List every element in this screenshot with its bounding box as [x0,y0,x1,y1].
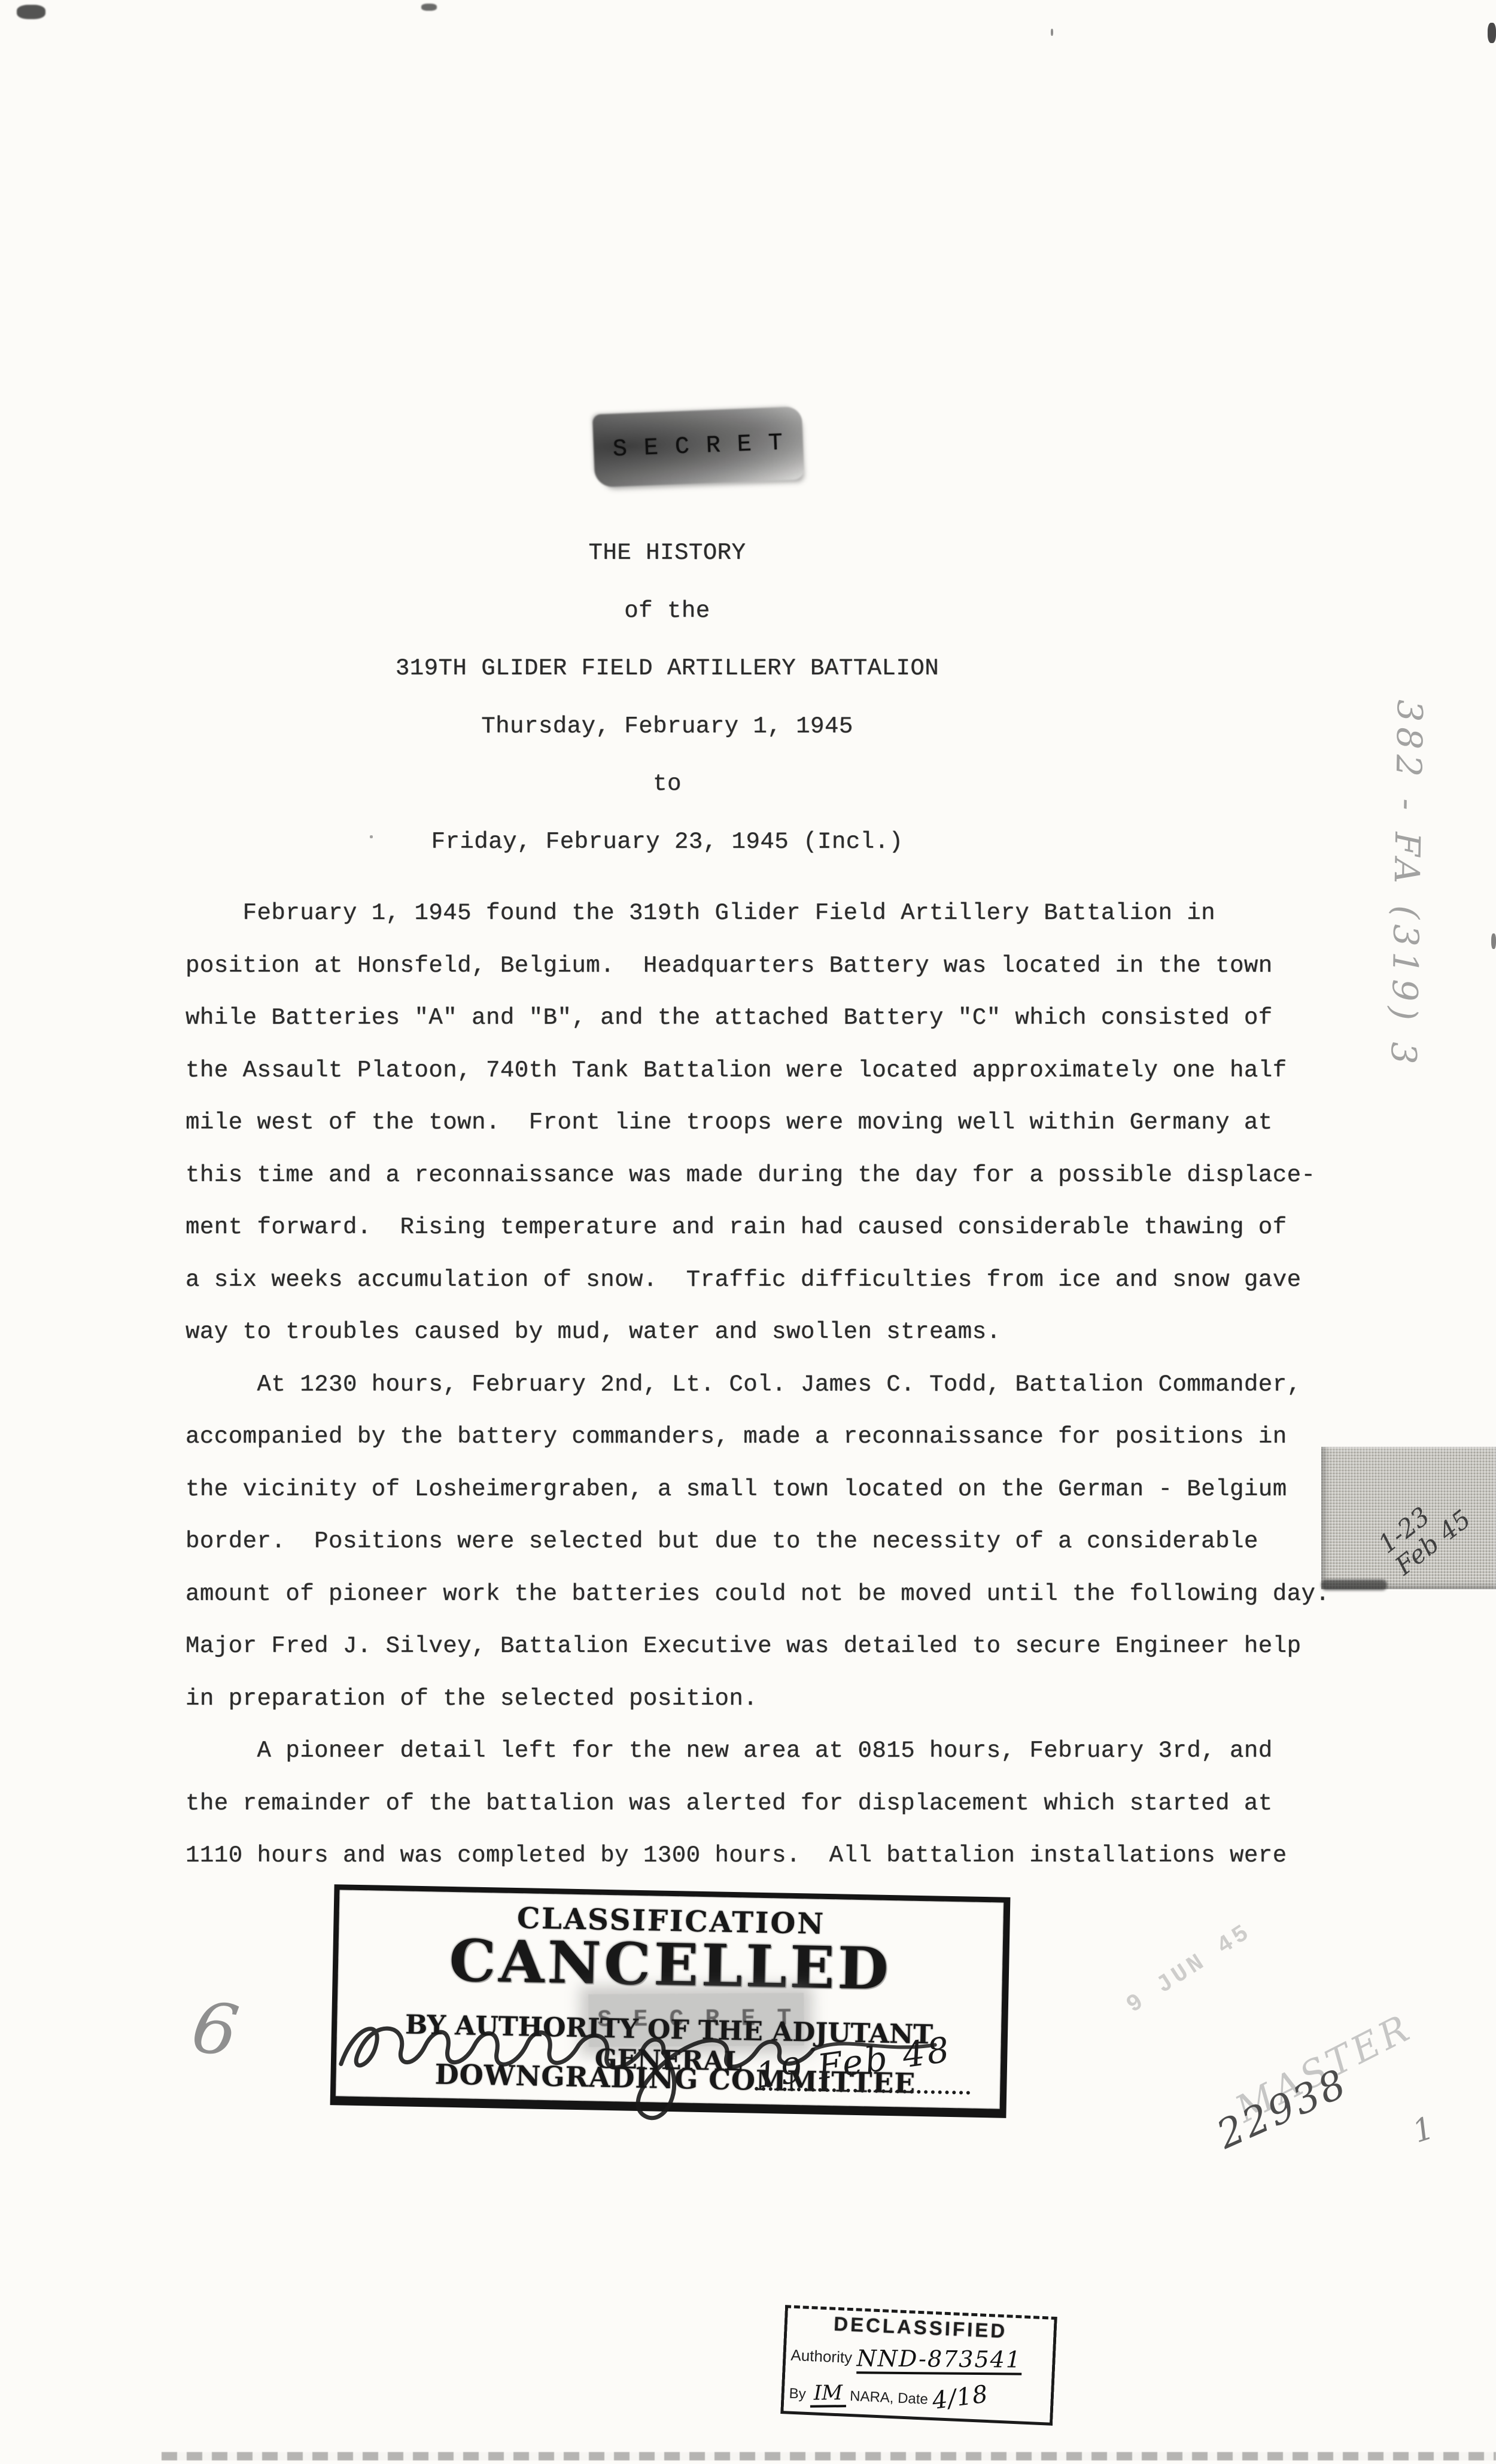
text-line: At 1230 hours, February 2nd, Lt. Col. Ja… [186,1359,1322,1412]
secret-stamp-text: S E C R E T [592,406,804,487]
tab-date-note: 1-23Feb 45 [1373,1483,1476,1580]
text-line: ment forward. Rising temperature and rai… [186,1201,1322,1254]
text-line: 1110 hours and was completed by 1300 hou… [186,1830,1322,1882]
text-line: way to troubles caused by mud, water and… [186,1306,1322,1359]
text-line: the remainder of the battalion was alert… [186,1778,1322,1830]
binding-tab: 1-23Feb 45 [1321,1447,1496,1589]
scan-speck [1051,29,1053,36]
by-handwritten-value: IM [810,2381,846,2408]
authority-handwritten-value: NND-873541 [856,2345,1021,2375]
title-line: Thursday, February 1, 1945 [218,698,1116,756]
body-text: February 1, 1945 found the 319th Glider … [186,887,1322,1882]
text-line: the Assault Platoon, 740th Tank Battalio… [186,1045,1322,1097]
text-line: in preparation of the selected position. [186,1673,1322,1726]
title-block: THE HISTORY of the 319TH GLIDER FIELD AR… [218,524,1116,871]
tick-pencil-note: 1 [1409,2110,1439,2150]
stamp-cancelled-text: CANCELLED [331,1924,1010,2005]
declassified-authority-row: Authority NND-873541 [790,2340,1022,2378]
text-line: position at Honsfeld, Belgium. Headquart… [186,940,1322,993]
faint-date-stamp: 9 JUN 45 [1122,1918,1257,2019]
margin-pencil-mark: 6 [187,1985,244,2073]
title-line: to [218,755,1116,813]
scan-speck [421,4,437,11]
title-line: Friday, February 23, 1945 (Incl.) [218,813,1116,871]
declassified-by-row: By IM NARA, Date 4/18 [789,2377,989,2414]
scan-speck [1488,23,1496,43]
tab-shadow-smudge [1321,1580,1387,1590]
authority-label: Authority [790,2346,853,2366]
text-line: Major Fred J. Silvey, Battalion Executiv… [186,1620,1322,1673]
declassified-title: DECLASSIFIED [787,2310,1054,2344]
date-handwritten-value: 4/18 [931,2380,990,2415]
scanned-document-page: S E C R E T THE HISTORY of the 319TH GLI… [0,0,1496,2464]
declassified-stamp: DECLASSIFIED Authority NND-873541 By IM … [780,2305,1057,2426]
text-line: mile west of the town. Front line troops… [186,1097,1322,1149]
title-line: 319TH GLIDER FIELD ARTILLERY BATTALION [218,640,1116,698]
text-line: amount of pioneer work the batteries cou… [186,1568,1322,1621]
nara-date-label: NARA, Date [850,2388,929,2408]
by-label: By [789,2386,806,2402]
text-line: border. Positions were selected but due … [186,1516,1322,1568]
text-line: this time and a reconnaissance was made … [186,1149,1322,1202]
classification-cancelled-stamp: CLASSIFICATION CANCELLED S E C R E T BY … [330,1884,1011,2118]
scan-speck [17,5,45,19]
secret-classification-stamp: S E C R E T [592,406,804,487]
scan-speck [370,835,373,838]
text-line: accompanied by the battery commanders, m… [186,1411,1322,1464]
margin-file-note: 382 - FA (319) 3 [1383,699,1430,1070]
text-line: while Batteries "A" and "B", and the att… [186,992,1322,1045]
scan-speck [1491,933,1496,949]
text-line: a six weeks accumulation of snow. Traffi… [186,1254,1322,1307]
text-line: February 1, 1945 found the 319th Glider … [186,887,1322,940]
title-line: THE HISTORY [218,524,1116,582]
title-line: of the [218,582,1116,640]
scan-bottom-band [162,2452,1496,2460]
text-line: the vicinity of Losheimergraben, a small… [186,1464,1322,1516]
text-line: A pioneer detail left for the new area a… [186,1725,1322,1778]
